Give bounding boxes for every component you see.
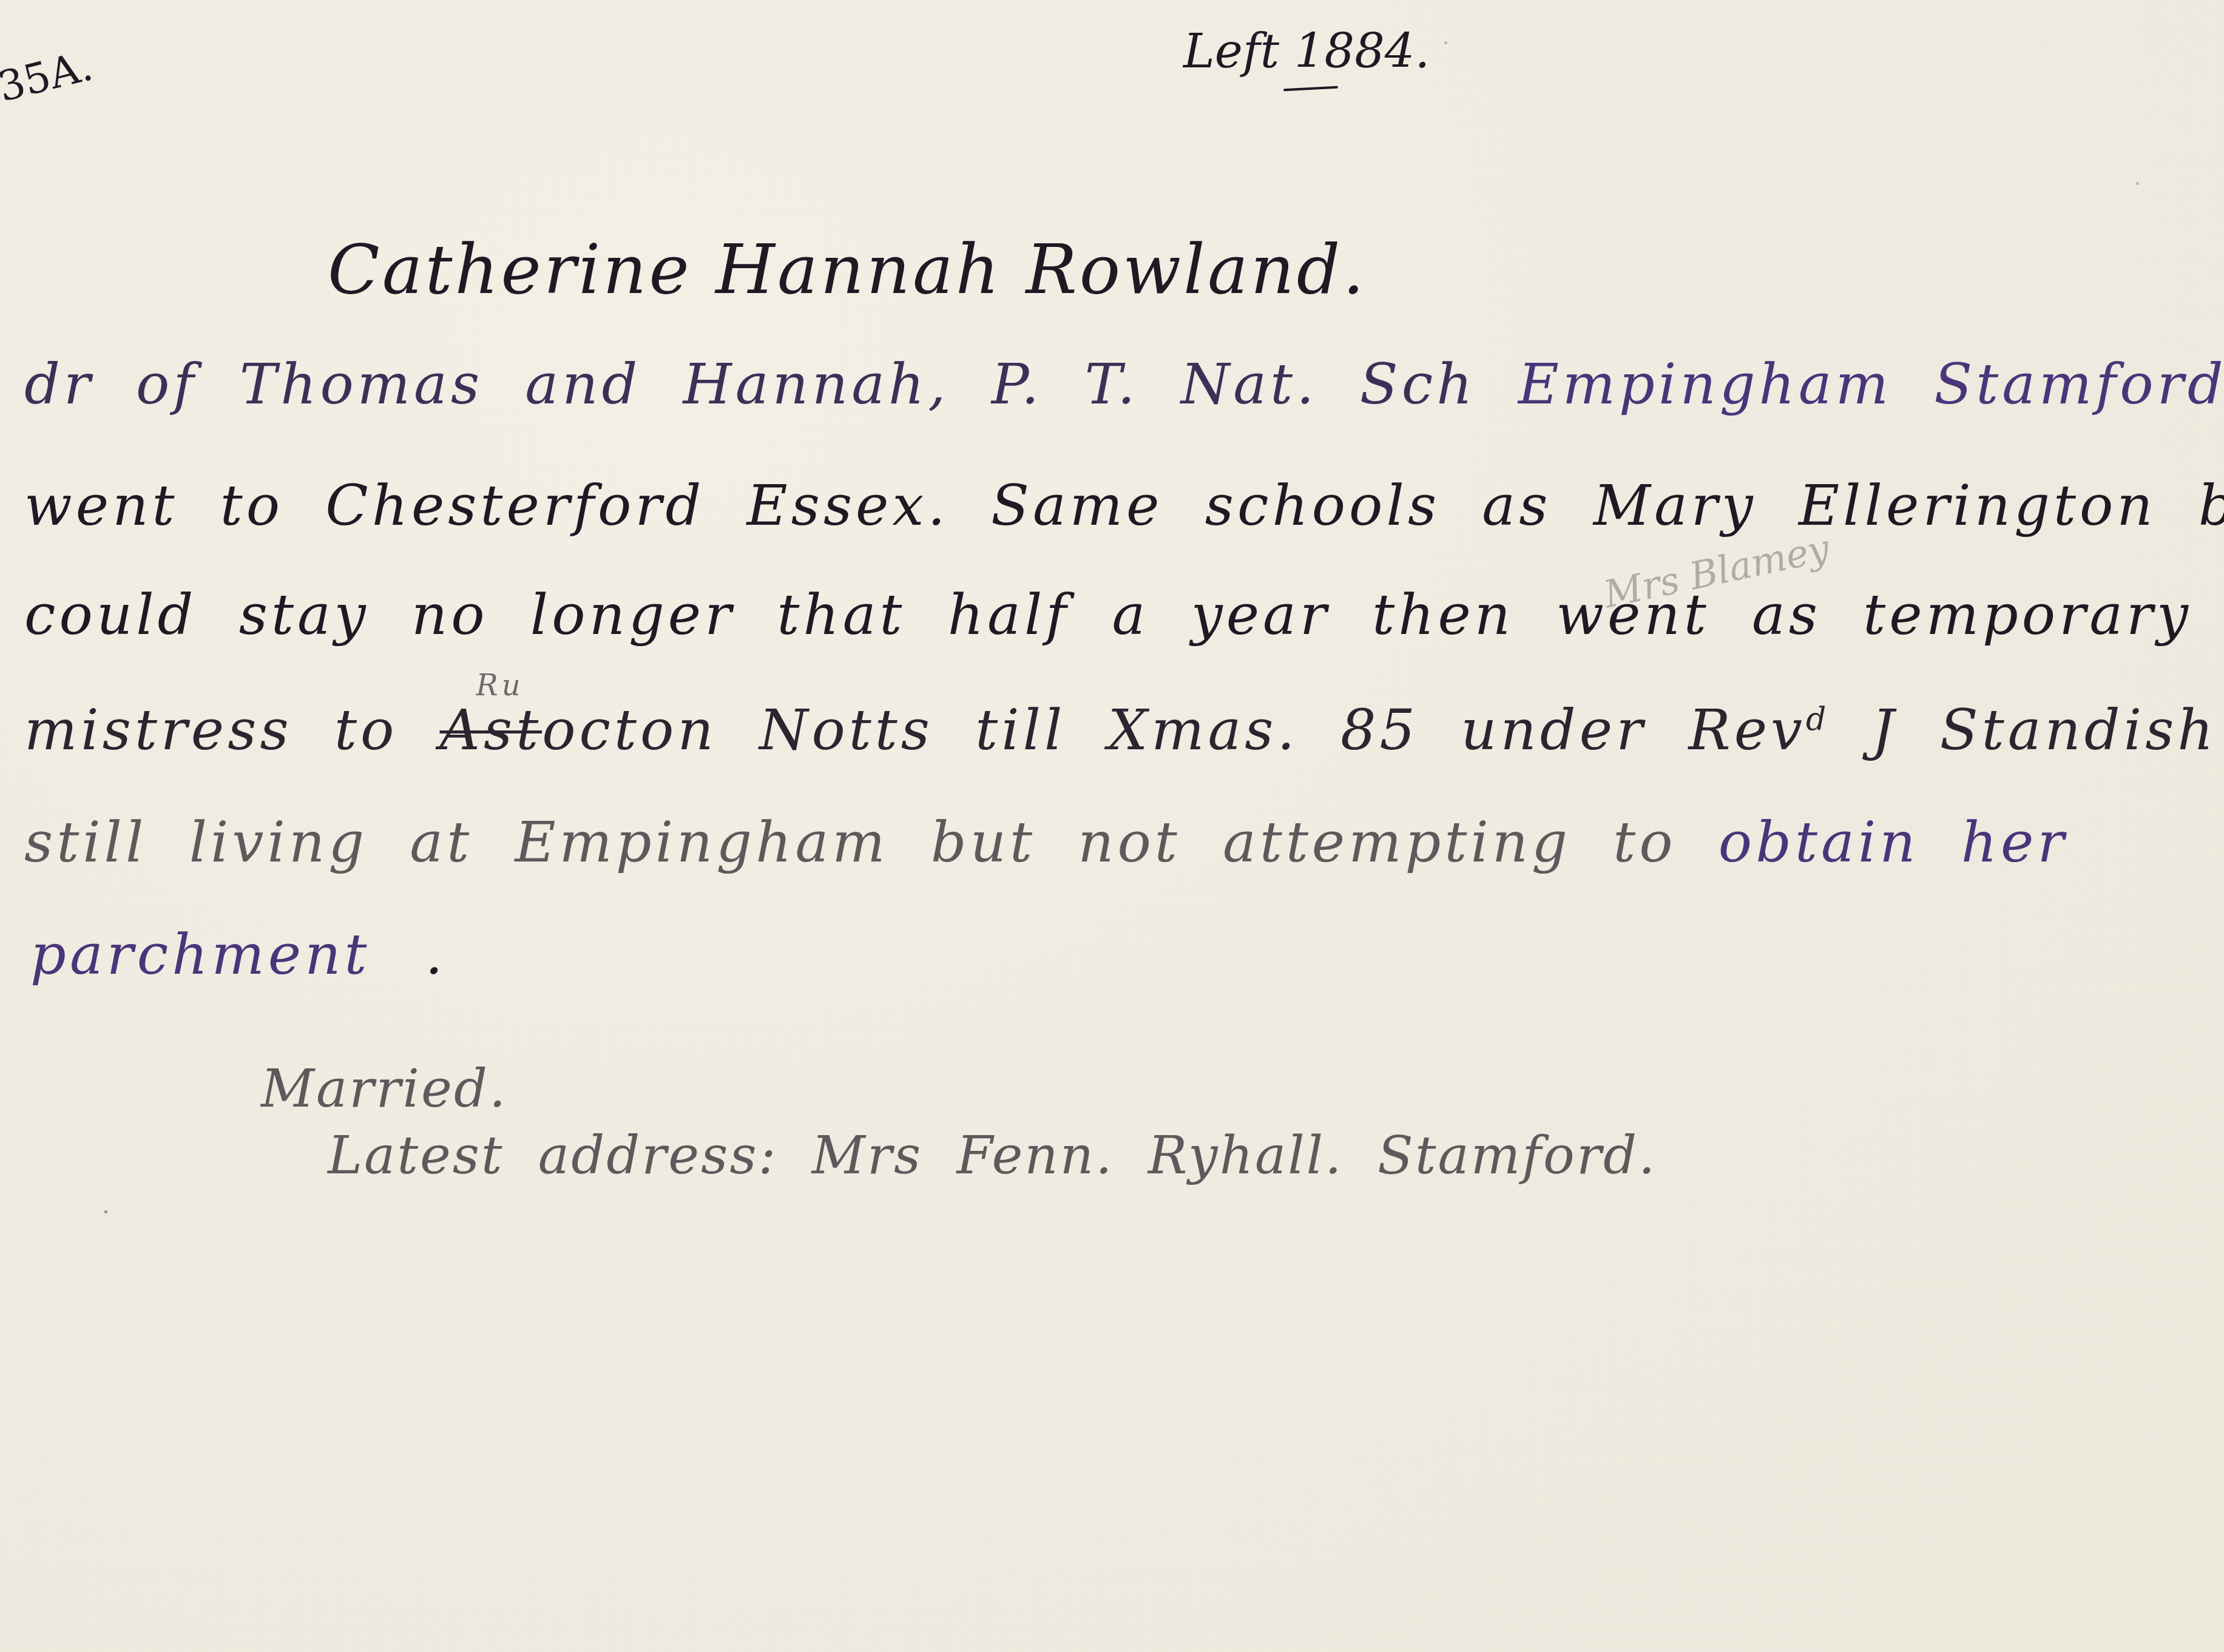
left-year-value: 1884. [1294,24,1430,79]
line-5-text-a: still living at Empingham but not attemp… [24,810,1719,875]
line-5-text-b: obtain her [1719,810,2068,875]
entry-line-4: mistress to AstRuocton Notts till Xmas. … [24,698,2217,763]
entry-line-6: parchment. [30,922,447,987]
paper-speck [2136,182,2139,185]
entry-line-3: could stay no longer that half a year th… [24,582,2192,647]
title-text: Mrs [812,1125,922,1186]
line-1-text-a: dr of Thomas and Hannah, P. T. Nat. Sch [24,352,1518,417]
struck-text: Ast [440,698,542,763]
latest-address-value: Fenn. Ryhall. Stamford. [957,1125,1657,1186]
line-6-period: . [425,922,446,987]
struck-correction: AstRu [440,698,542,763]
line-4-text-a: mistress to [24,698,440,763]
rev-superscript: d [1806,701,1830,738]
entry-line-5: still living at Empingham but not attemp… [24,810,2068,875]
married-note: Married. [261,1059,507,1119]
paper-speck [1444,41,1447,44]
line-2-text: went to Chesterford Essex. Same schools … [24,473,2224,538]
line-4-text-c: J Standish [1830,698,2217,763]
line-4-text-b: octon Notts till Xmas. 85 under Rev [542,698,1806,763]
left-label: Left [1183,24,1279,79]
record-number: 35A. [0,42,98,112]
entry-line-2: went to Chesterford Essex. Same schools … [24,473,2224,538]
latest-address-label: Latest address: [328,1125,778,1186]
line-1-text-b: Empingham Stamford [1518,352,2224,417]
latest-address-title: Mrs [812,1125,922,1186]
line-3-text: could stay no longer that half a year th… [24,582,2192,647]
latest-address: Latest address: Mrs Fenn. Ryhall. Stamfo… [328,1125,1657,1186]
person-name: Catherine Hannah Rowland. [328,231,1367,309]
left-year-heading: Left 1884. [1183,24,1430,79]
entry-line-1: dr of Thomas and Hannah, P. T. Nat. Sch … [24,352,2224,417]
paper-speck [104,1210,107,1213]
line-6-text: parchment [30,922,370,987]
inserted-correction: Ru [476,669,524,703]
